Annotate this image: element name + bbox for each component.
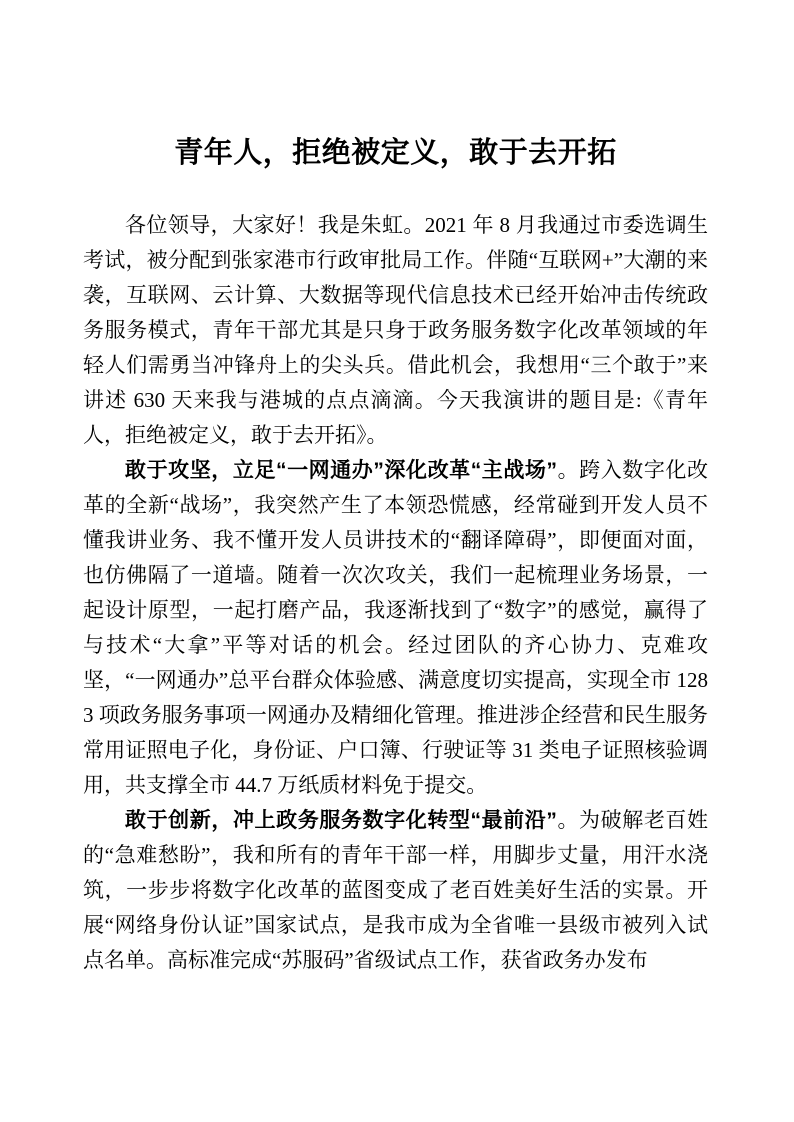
paragraph-chuangxin: 敢于创新，冲上政务服务数字化转型“最前沿”。为破解老百姓的“急难愁盼”，我和所有… (83, 803, 708, 978)
document-body: 各位领导，大家好！我是朱虹。2021 年 8 月我通过市委选调生考试，被分配到张… (83, 208, 708, 978)
paragraph-intro-text: 各位领导，大家好！我是朱虹。2021 年 8 月我通过市委选调生考试，被分配到张… (83, 213, 708, 447)
paragraph-gongjian-text: 。跨入数字化改革的全新“战场”，我突然产生了本领恐慌感，经常碰到开发人员不懂我讲… (83, 458, 708, 797)
paragraph-intro: 各位领导，大家好！我是朱虹。2021 年 8 月我通过市委选调生考试，被分配到张… (83, 208, 708, 453)
document-title: 青年人，拒绝被定义，敢于去开拓 (83, 132, 708, 174)
document-content: 青年人，拒绝被定义，敢于去开拓 各位领导，大家好！我是朱虹。2021 年 8 月… (83, 0, 708, 978)
paragraph-chuangxin-text: 。为破解老百姓的“急难愁盼”，我和所有的青年干部一样，用脚步丈量，用汗水浇筑，一… (83, 808, 708, 972)
paragraph-chuangxin-lead: 敢于创新，冲上政务服务数字化转型“最前沿” (125, 809, 557, 832)
paragraph-gongjian-lead: 敢于攻坚，立足“一网通办”深化改革“主战场” (125, 459, 557, 482)
paragraph-gongjian: 敢于攻坚，立足“一网通办”深化改革“主战场”。跨入数字化改革的全新“战场”，我突… (83, 453, 708, 803)
document-page: 青年人，拒绝被定义，敢于去开拓 各位领导，大家好！我是朱虹。2021 年 8 月… (0, 0, 794, 1122)
